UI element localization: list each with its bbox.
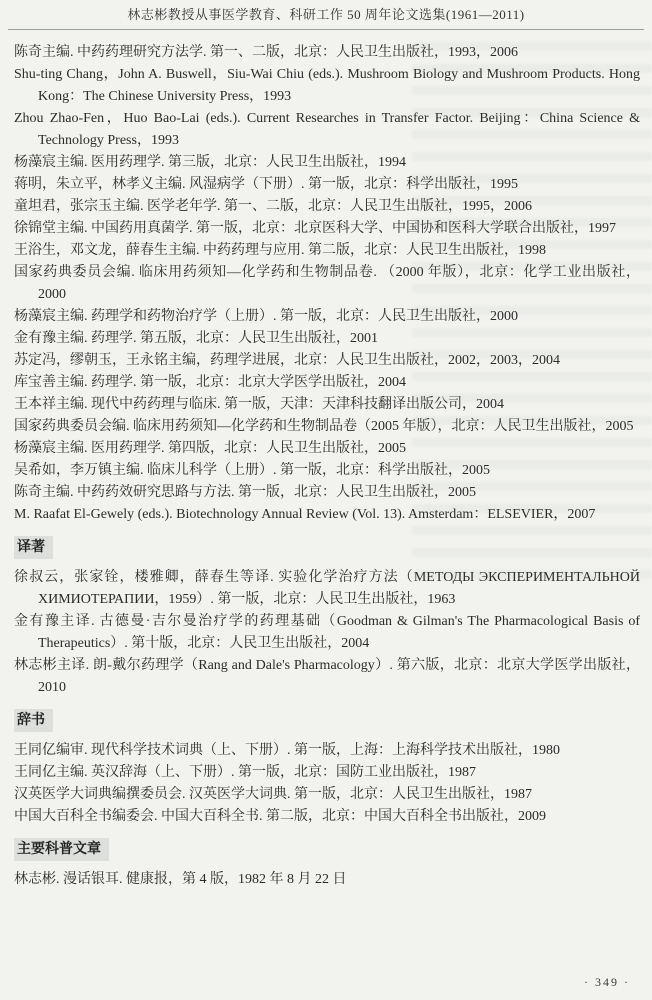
bibliography-entry: 王同亿编审. 现代科学技术词典（上、下册）. 第一版，上海：上海科学技术出版社，… (14, 740, 640, 762)
bibliography-entry: Zhou Zhao-Fen，Huo Bao-Lai (eds.). Curren… (14, 108, 640, 152)
bibliography-entry: 苏定冯，缪朝玉，王永铭主编，药理学进展，北京：人民卫生出版社，2002，2003… (14, 350, 640, 372)
bibliography-section: 主要科普文章林志彬. 漫话银耳. 健康报，第 4 版，1982 年 8 月 22… (14, 838, 640, 891)
section-heading-row: 辞书 (14, 709, 640, 732)
bibliography-entry: 徐锦堂主编. 中国药用真菌学. 第一版，北京：北京医科大学、中国协和医科大学联合… (14, 218, 640, 240)
bibliography-entry: 库宝善主编. 药理学. 第一版，北京：北京大学医学出版社，2004 (14, 372, 640, 394)
section-heading: 主要科普文章 (14, 838, 109, 861)
bibliography-section: 辞书王同亿编审. 现代科学技术词典（上、下册）. 第一版，上海：上海科学技术出版… (14, 709, 640, 828)
book-page: 林志彬教授从事医学教育、科研工作 50 周年论文选集(1961—2011) 陈奇… (0, 0, 652, 1000)
bibliography-entry: 陈奇主编. 中药药效研究思路与方法. 第一版，北京：人民卫生出版社，2005 (14, 482, 640, 504)
bibliography-section: 译著徐叔云，张家铨，楼雅卿，薛春生等译. 实验化学治疗方法（МЕТОДЫ ЭКС… (14, 536, 640, 699)
section-heading: 译著 (14, 536, 53, 559)
page-number: · 349 · (584, 975, 630, 990)
bibliography-entry: 杨藻宸主编. 药理学和药物治疗学（上册）. 第一版，北京：人民卫生出版社，200… (14, 306, 640, 328)
bibliography-entry: 金有豫主编. 药理学. 第五版，北京：人民卫生出版社，2001 (14, 328, 640, 350)
bibliography-entry: 吴希如，李万镇主编. 临床儿科学（上册）. 第一版，北京：科学出版社，2005 (14, 460, 640, 482)
bibliography-entry: M. Raafat El-Gewely (eds.). Biotechnolog… (14, 504, 640, 526)
bibliography-entry: 林志彬. 漫话银耳. 健康报，第 4 版，1982 年 8 月 22 日 (14, 869, 640, 891)
bibliography-entry: 国家药典委员会编. 临床用药须知—化学药和生物制品卷（2005 年版），北京：人… (14, 416, 640, 438)
bibliography-entry: 杨藻宸主编. 医用药理学. 第三版，北京：人民卫生出版社，1994 (14, 152, 640, 174)
section-heading-row: 译著 (14, 536, 640, 559)
bibliography-entry: 国家药典委员会编. 临床用药须知—化学药和生物制品卷. （2000 年版），北京… (14, 262, 640, 306)
section-heading-row: 主要科普文章 (14, 838, 640, 861)
running-head-title: 林志彬教授从事医学教育、科研工作 50 周年论文选集(1961—2011) (0, 0, 652, 24)
bibliography-entry: 汉英医学大词典编撰委员会. 汉英医学大词典. 第一版，北京：人民卫生出版社，19… (14, 784, 640, 806)
bibliography-entry: 林志彬主译. 朗-戴尔药理学（Rang and Dale's Pharmacol… (14, 655, 640, 699)
bibliography-entry: 徐叔云，张家铨，楼雅卿，薛春生等译. 实验化学治疗方法（МЕТОДЫ ЭКСПЕ… (14, 567, 640, 611)
bibliography-content: 陈奇主编. 中药药理研究方法学. 第一、二版，北京：人民卫生出版社，1993，2… (0, 30, 652, 891)
bibliography-entry: 童坦君，张宗玉主编. 医学老年学. 第一、二版，北京：人民卫生出版社，1995，… (14, 196, 640, 218)
bibliography-section: 陈奇主编. 中药药理研究方法学. 第一、二版，北京：人民卫生出版社，1993，2… (14, 42, 640, 526)
section-heading: 辞书 (14, 709, 53, 732)
bibliography-entry: 陈奇主编. 中药药理研究方法学. 第一、二版，北京：人民卫生出版社，1993，2… (14, 42, 640, 64)
bibliography-entry: 杨藻宸主编. 医用药理学. 第四版，北京：人民卫生出版社，2005 (14, 438, 640, 460)
bibliography-entry: 金有豫主译. 古德曼·吉尔曼治疗学的药理基础（Goodman & Gilman'… (14, 611, 640, 655)
bibliography-entry: 王本祥主编. 现代中药药理与临床. 第一版，天津：天津科技翻译出版公司，2004 (14, 394, 640, 416)
bibliography-entry: 王浴生，邓文龙，薛春生主编. 中药药理与应用. 第二版，北京：人民卫生出版社，1… (14, 240, 640, 262)
bibliography-entry: 蒋明，朱立平，林孝义主编. 风湿病学（下册）. 第一版，北京：科学出版社，199… (14, 174, 640, 196)
page-header: 林志彬教授从事医学教育、科研工作 50 周年论文选集(1961—2011) (0, 0, 652, 30)
bibliography-entry: Shu-ting Chang，John A. Buswell，Siu-Wai C… (14, 64, 640, 108)
bibliography-entry: 中国大百科全书编委会. 中国大百科全书. 第二版，北京：中国大百科全书出版社，2… (14, 806, 640, 828)
bibliography-entry: 王同亿主编. 英汉辞海（上、下册）. 第一版，北京：国防工业出版社，1987 (14, 762, 640, 784)
